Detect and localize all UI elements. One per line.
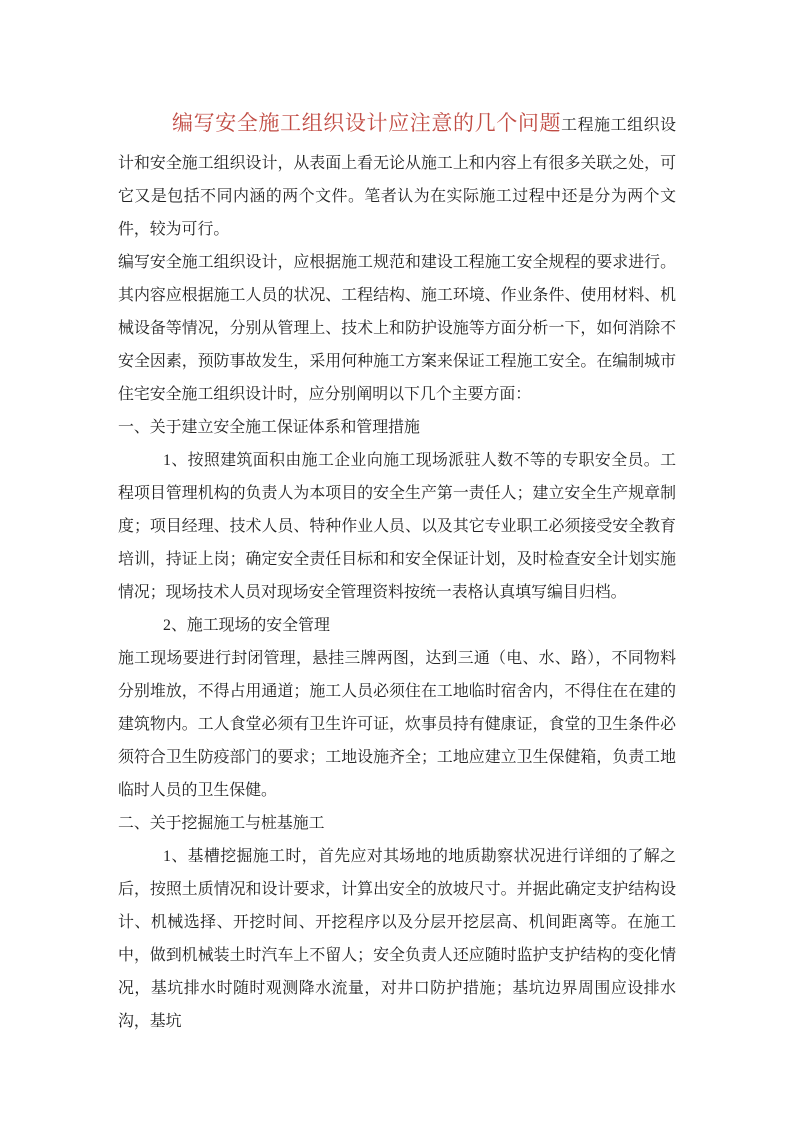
document-title: 编写安全施工组织设计应注意的几个问题 [172, 111, 561, 135]
intro-paragraph-text: 工程施工组织设计和安全施工组织设计，从表面上看无论从施工上和内容上有很多关联之处… [118, 117, 676, 238]
section-1-item-2: 2、施工现场的安全管理 [118, 609, 676, 642]
section-1-heading: 一、关于建立安全施工保证体系和管理措施 [118, 411, 676, 444]
overview-paragraph: 编写安全施工组织设计，应根据施工规范和建设工程施工安全规程的要求进行。其内容应根… [118, 246, 676, 411]
section-2-item-1: 1、基槽挖掘施工时，首先应对其场地的地质勘察状况进行详细的了解之后，按照土质情况… [118, 840, 676, 1038]
section-2-heading: 二、关于挖掘施工与桩基施工 [118, 807, 676, 840]
document-page: 编写安全施工组织设计应注意的几个问题工程施工组织设计和安全施工组织设计，从表面上… [0, 0, 793, 1122]
section-1-item-2-body: 施工现场要进行封闭管理，悬挂三牌两图，达到三通（电、水、路），不同物料分别堆放，… [118, 642, 676, 807]
section-1-item-1: 1、按照建筑面积由施工企业向施工现场派驻人数不等的专职安全员。工程项目管理机构的… [118, 444, 676, 609]
intro-paragraph: 编写安全施工组织设计应注意的几个问题工程施工组织设计和安全施工组织设计，从表面上… [118, 99, 676, 246]
